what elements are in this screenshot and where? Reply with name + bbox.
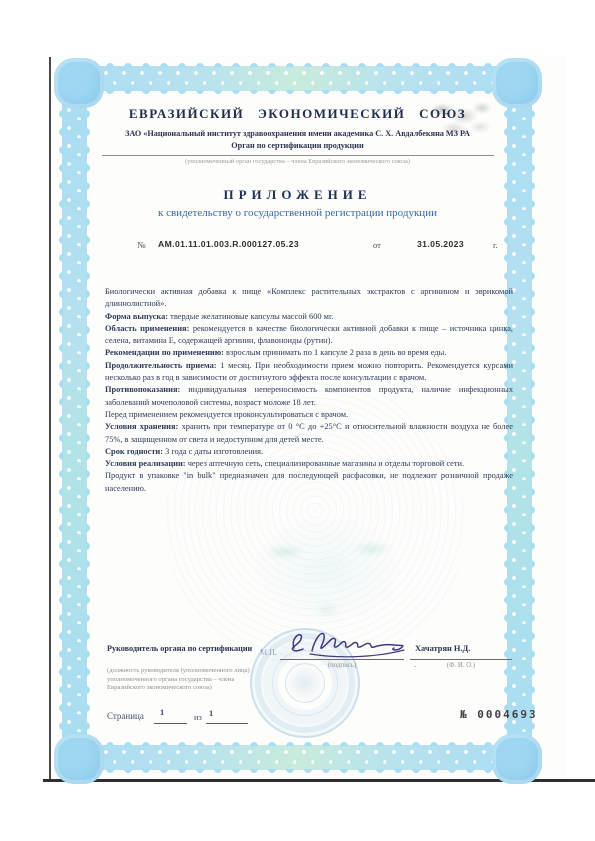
sales-conditions-paragraph: Условия реализации: через аптечную сеть,… [105, 458, 513, 470]
contraindications-paragraph: Противопоказания: индивидуальная неперен… [105, 384, 513, 409]
border-corner-bl [54, 734, 104, 784]
registration-number: АМ.01.11.01.003.R.000127.05.23 [158, 239, 299, 249]
field-text: твердые желатиновые капсулы массой 600 м… [170, 312, 333, 321]
role-footnote: (должность руководителя (уполномоченного… [107, 667, 269, 693]
border-left [62, 66, 87, 770]
registration-date: 31.05.2023 [417, 239, 464, 249]
page-label: Страница [107, 711, 144, 721]
header: ЕВРАЗИЙСКИЙ ЭКОНОМИЧЕСКИЙ СОЮЗ ЗАО «Наци… [95, 106, 500, 165]
registration-number-row: № АМ.01.11.01.003.R.000127.05.23 от 31.0… [95, 238, 505, 254]
field-label: Область применения: [105, 324, 189, 333]
border-corner-br [492, 734, 542, 784]
signature-line [280, 659, 404, 660]
year-abbrev: г. [493, 240, 498, 250]
border-top [62, 66, 532, 91]
field-label: Форма выпуска: [105, 312, 168, 321]
name-line [410, 659, 512, 660]
page-total: 1 [209, 708, 213, 718]
signature-caption: (подпись) [280, 662, 404, 669]
header-rule [102, 155, 494, 156]
duration-paragraph: Продолжительность приема: 1 месяц. При н… [105, 360, 513, 385]
field-label: Условия реализации: [105, 459, 186, 468]
field-label: Условия хранения: [105, 422, 178, 431]
page-total-underline [206, 723, 248, 724]
usage-recommendation-paragraph: Рекомендации по применению: взрослым при… [105, 347, 513, 359]
signatory-name: Хачатрян Н.Д. [415, 644, 513, 653]
certifying-org-dept: Орган по сертификации продукции [95, 141, 500, 150]
release-form-paragraph: Форма выпуска: твердые желатиновые капсу… [105, 311, 513, 323]
page-current: 1 [160, 707, 164, 717]
field-label: Срок годности: [105, 447, 163, 456]
number-sign: № [137, 240, 146, 250]
page-of-label: из [194, 712, 202, 722]
field-label: Рекомендации по применению: [105, 348, 224, 357]
from-label: от [373, 240, 381, 250]
document-title: ПРИЛОЖЕНИЕ [95, 187, 500, 203]
name-caption: (Ф. И. О.) [410, 662, 512, 669]
signature-ink [280, 620, 418, 664]
shelf-life-paragraph: Срок годности: 3 года с даты изготовлени… [105, 446, 513, 458]
application-area-paragraph: Область применения: рекомендуется в каче… [105, 323, 513, 348]
field-label: Продолжительность приема: [105, 361, 217, 370]
scanned-certificate: ЕВРАЗИЙСКИЙ ЭКОНОМИЧЕСКИЙ СОЮЗ ЗАО «Наци… [0, 0, 595, 841]
certifying-org-name: ЗАО «Национальный институт здравоохранен… [95, 129, 500, 138]
form-serial-number: № 0004693 [460, 708, 538, 721]
border-corner-tr [492, 58, 542, 108]
field-text: взрослым принимать по 1 капсуле 2 раза в… [226, 348, 446, 357]
border-corner-tl [54, 58, 104, 108]
page-current-underline [154, 723, 187, 724]
field-label: Противопоказания: [105, 385, 180, 394]
storage-conditions-paragraph: Условия хранения: хранить при температур… [105, 421, 513, 446]
body-text: Биологически активная добавка к пище «Ко… [105, 286, 513, 495]
field-text: Биологически активная добавка к пище «Ко… [105, 287, 513, 308]
document-subtitle: к свидетельству о государственной регист… [95, 207, 500, 219]
product-name-paragraph: Биологически активная добавка к пище «Ко… [105, 286, 513, 311]
border-bottom [62, 745, 532, 770]
field-text: через аптечную сеть, специализированные … [188, 459, 464, 468]
field-text: Перед применением рекомендуется проконсу… [105, 410, 348, 419]
scan-edge-left [49, 57, 51, 780]
signatory-role: Руководитель органа по сертификации [107, 644, 252, 653]
consult-doctor-paragraph: Перед применением рекомендуется проконсу… [105, 409, 513, 421]
org-note: (уполномоченный орган государства – член… [95, 158, 500, 165]
field-text: Продукт в упаковке "in bulk" предназначе… [105, 471, 513, 492]
field-text: 3 года с даты изготовления. [165, 447, 263, 456]
union-title: ЕВРАЗИЙСКИЙ ЭКОНОМИЧЕСКИЙ СОЮЗ [95, 106, 500, 122]
bulk-package-paragraph: Продукт в упаковке "in bulk" предназначе… [105, 470, 513, 495]
